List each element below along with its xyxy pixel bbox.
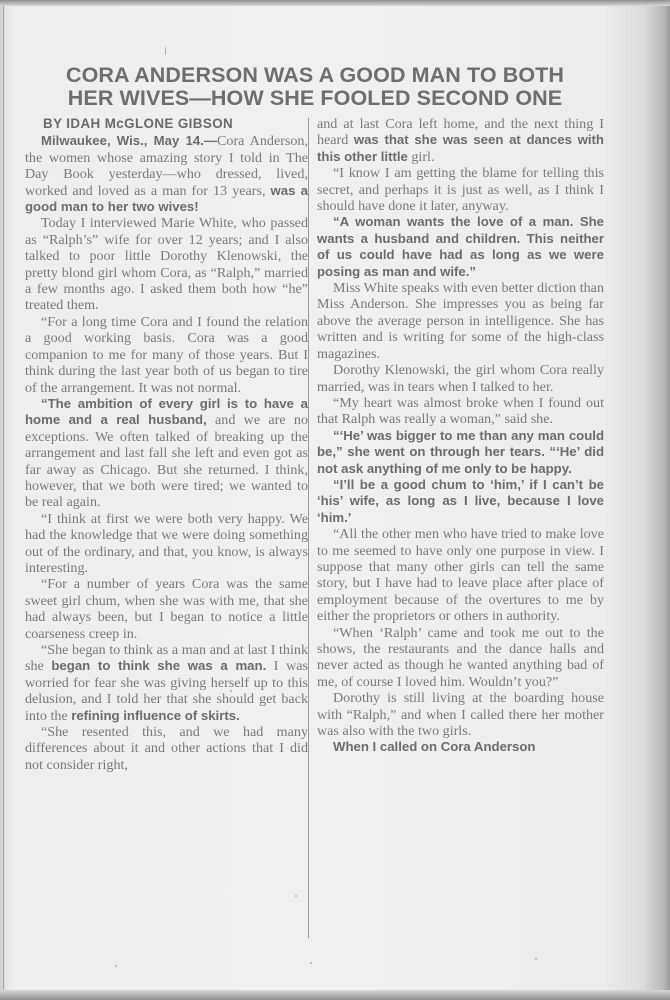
newspaper-page: CORA ANDERSON WAS A GOOD MAN TO BOTH HER… [0, 0, 670, 1000]
paragraph: Dorothy Klenowski, the girl whom Cora re… [317, 362, 604, 395]
bold-text-run: was that she was seen at dances with thi… [317, 132, 604, 163]
text-run: Miss White speaks with even better dicti… [317, 280, 604, 362]
print-speck [230, 690, 232, 692]
paragraph: “I’ll be a good chum to ‘him,’ if I can’… [317, 477, 604, 526]
paragraph: Milwaukee, Wis., May 14.—Cora Anderson, … [25, 133, 308, 215]
page-left-rule [3, 6, 4, 990]
headline-line-1: CORA ANDERSON WAS A GOOD MAN TO BOTH [20, 64, 610, 87]
bold-text-run: “A woman wants the love of a man. She wa… [317, 214, 604, 278]
paragraph: “All the other men who have tried to mak… [317, 526, 604, 624]
print-speck [115, 965, 117, 967]
left-column: BY IDAH McGLONE GIBSON Milwaukee, Wis., … [25, 116, 308, 773]
right-column: and at last Cora left home, and the next… [317, 116, 604, 756]
bold-text-run: When I called on Cora Anderson [333, 739, 535, 754]
column-divider [308, 118, 309, 938]
paragraph: When I called on Cora Anderson [317, 739, 604, 755]
bold-text-run: “I’ll be a good chum to ‘him,’ if I can’… [317, 477, 604, 525]
paragraph: “She resented this, and we had many diff… [25, 724, 308, 773]
text-run: girl. [408, 149, 435, 165]
paragraph: “She began to think as a man and at last… [25, 642, 308, 724]
paragraph: “For a number of years Cora was the same… [25, 576, 308, 642]
paragraph: “When ‘Ralph’ came and took me out to th… [317, 625, 604, 691]
text-run: “I think at first we were both very happ… [25, 511, 308, 576]
bold-text-run: “‘He’ was bigger to me than any man coul… [317, 428, 604, 476]
dateline: Milwaukee, Wis., May 14.— [41, 133, 217, 148]
print-speck [295, 895, 297, 897]
paragraph: “The ambition of every girl is to have a… [25, 396, 308, 511]
text-run: “For a number of years Cora was the same… [25, 576, 308, 641]
paragraph: “I think at first we were both very happ… [25, 511, 308, 577]
text-run: Dorothy is still living at the boarding … [317, 690, 604, 739]
text-run: Today I interviewed Marie White, who pas… [25, 215, 308, 313]
right-column-paragraphs: and at last Cora left home, and the next… [317, 116, 604, 756]
text-run: “I know I am getting the blame for telli… [317, 165, 604, 214]
text-run: Dorothy Klenowski, the girl whom Cora re… [317, 362, 604, 394]
page-top-edge [0, 0, 670, 6]
page-bottom-edge [0, 990, 670, 1000]
text-run: “All the other men who have tried to mak… [317, 526, 604, 624]
left-column-paragraphs: Milwaukee, Wis., May 14.—Cora Anderson, … [25, 133, 308, 773]
paragraph: “I know I am getting the blame for telli… [317, 165, 604, 214]
headline-line-2: HER WIVES—HOW SHE FOOLED SECOND ONE [20, 87, 610, 110]
text-run: “When ‘Ralph’ came and took me out to th… [317, 625, 604, 690]
paragraph: Today I interviewed Marie White, who pas… [25, 215, 308, 313]
paragraph: “My heart was almost broke when I found … [317, 395, 604, 428]
text-run: “She resented this, and we had many diff… [25, 724, 308, 773]
print-speck [535, 958, 537, 960]
text-run: “My heart was almost broke when I found … [317, 395, 604, 427]
paragraph: “A woman wants the love of a man. She wa… [317, 214, 604, 280]
text-run: “For a long time Cora and I found the re… [25, 314, 308, 396]
bold-text-run: began to think she was a man. [51, 658, 266, 673]
paragraph: Miss White speaks with even better dicti… [317, 280, 604, 362]
print-speck [310, 962, 312, 964]
paragraph: “‘He’ was bigger to me than any man coul… [317, 428, 604, 477]
paragraph: and at last Cora left home, and the next… [317, 116, 604, 165]
paragraph: Dorothy is still living at the boarding … [317, 690, 604, 739]
paragraph: “For a long time Cora and I found the re… [25, 314, 308, 396]
headline: CORA ANDERSON WAS A GOOD MAN TO BOTH HER… [20, 64, 610, 110]
bold-text-run: refining influence of skirts. [71, 708, 240, 723]
byline: BY IDAH McGLONE GIBSON [25, 116, 308, 132]
print-speck [165, 47, 166, 55]
